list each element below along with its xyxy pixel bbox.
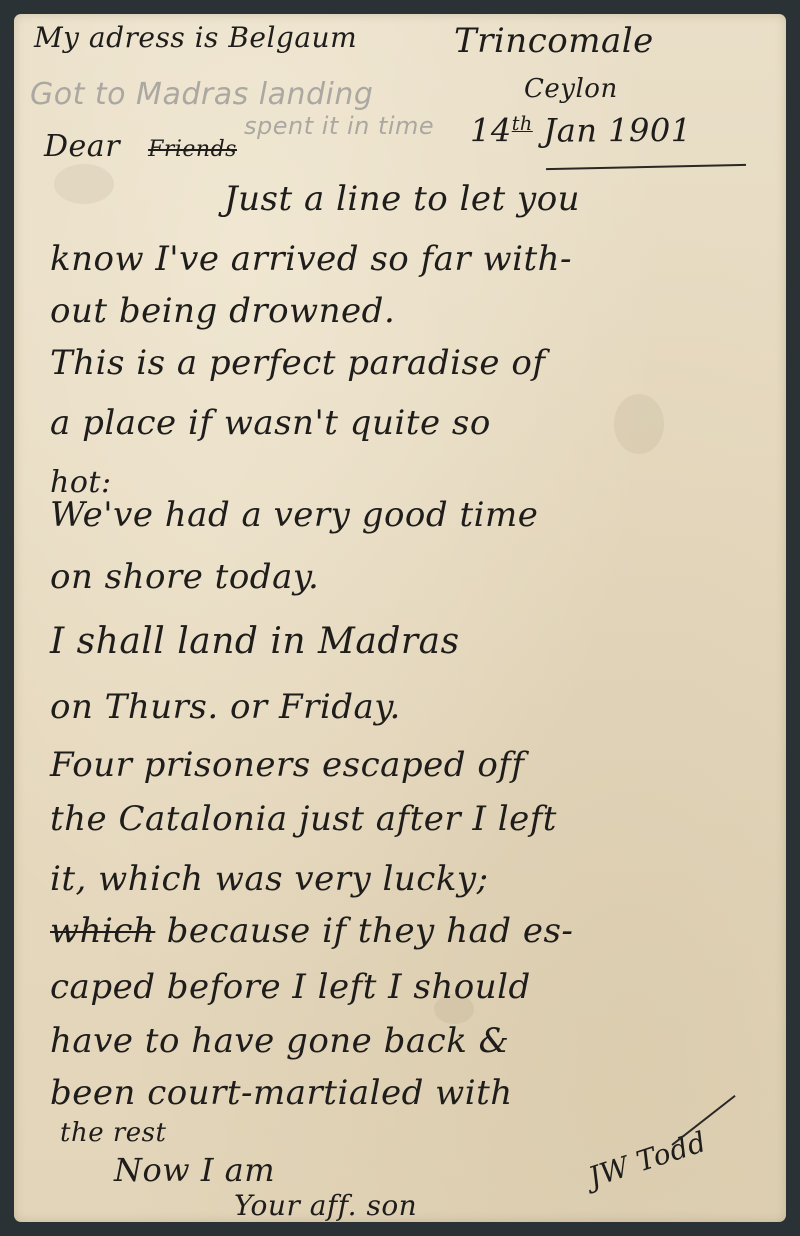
body-line-10: on Thurs. or Friday. (50, 690, 401, 724)
body-line-13: it, which was very lucky; (50, 862, 489, 896)
body-line-14: which because if they had es- (50, 914, 573, 948)
date-underline (546, 164, 746, 170)
body-line-5: a place if wasn't quite so (50, 406, 491, 440)
paper-stain (54, 164, 114, 204)
closing-line-2: Your aff. son (234, 1192, 417, 1220)
salutation-word: Dear (44, 129, 120, 164)
body-line-14-text: because if they had es- (167, 911, 574, 951)
pencil-note-line2: spent it in time (244, 114, 434, 138)
letter-date: 14th Jan 1901 (470, 114, 692, 147)
body-line-18: the rest (60, 1120, 166, 1146)
closing-line-1: Now I am (114, 1154, 275, 1186)
body-line-16: have to have gone back & (50, 1024, 509, 1058)
body-line-11: Four prisoners escaped off (50, 748, 524, 782)
body-line-2: know I've arrived so far with- (50, 242, 572, 276)
paper-stain (614, 394, 664, 454)
struck-salutation-word: Friends (148, 137, 237, 162)
date-suffix: th (512, 112, 533, 135)
body-line-6: hot: (50, 468, 112, 498)
body-line-12: the Catalonia just after I left (50, 802, 557, 836)
body-line-17: been court-martialed with (50, 1076, 513, 1110)
struck-word: which (50, 911, 155, 951)
body-line-4: This is a perfect paradise of (50, 346, 545, 380)
signature: JW Todd (585, 1128, 709, 1192)
pencil-note-line1: Got to Madras landing (30, 80, 373, 110)
address-note: My adress is Belgaum (34, 24, 357, 52)
body-line-1: Just a line to let you (224, 182, 580, 216)
body-line-3: out being drowned. (50, 294, 395, 328)
date-day: 14 (470, 112, 512, 150)
body-line-8: on shore today. (50, 560, 319, 594)
postcard: My adress is Belgaum Trincomale Ceylon G… (14, 14, 786, 1222)
place-name: Trincomale (454, 24, 654, 58)
salutation: Dear Friends (44, 132, 237, 162)
body-line-7: We've had a very good time (50, 498, 538, 532)
date-month-year: Jan 1901 (543, 112, 691, 150)
body-line-15: caped before I left I should (50, 970, 531, 1004)
country-name: Ceylon (524, 76, 618, 102)
body-line-9: I shall land in Madras (50, 624, 460, 660)
